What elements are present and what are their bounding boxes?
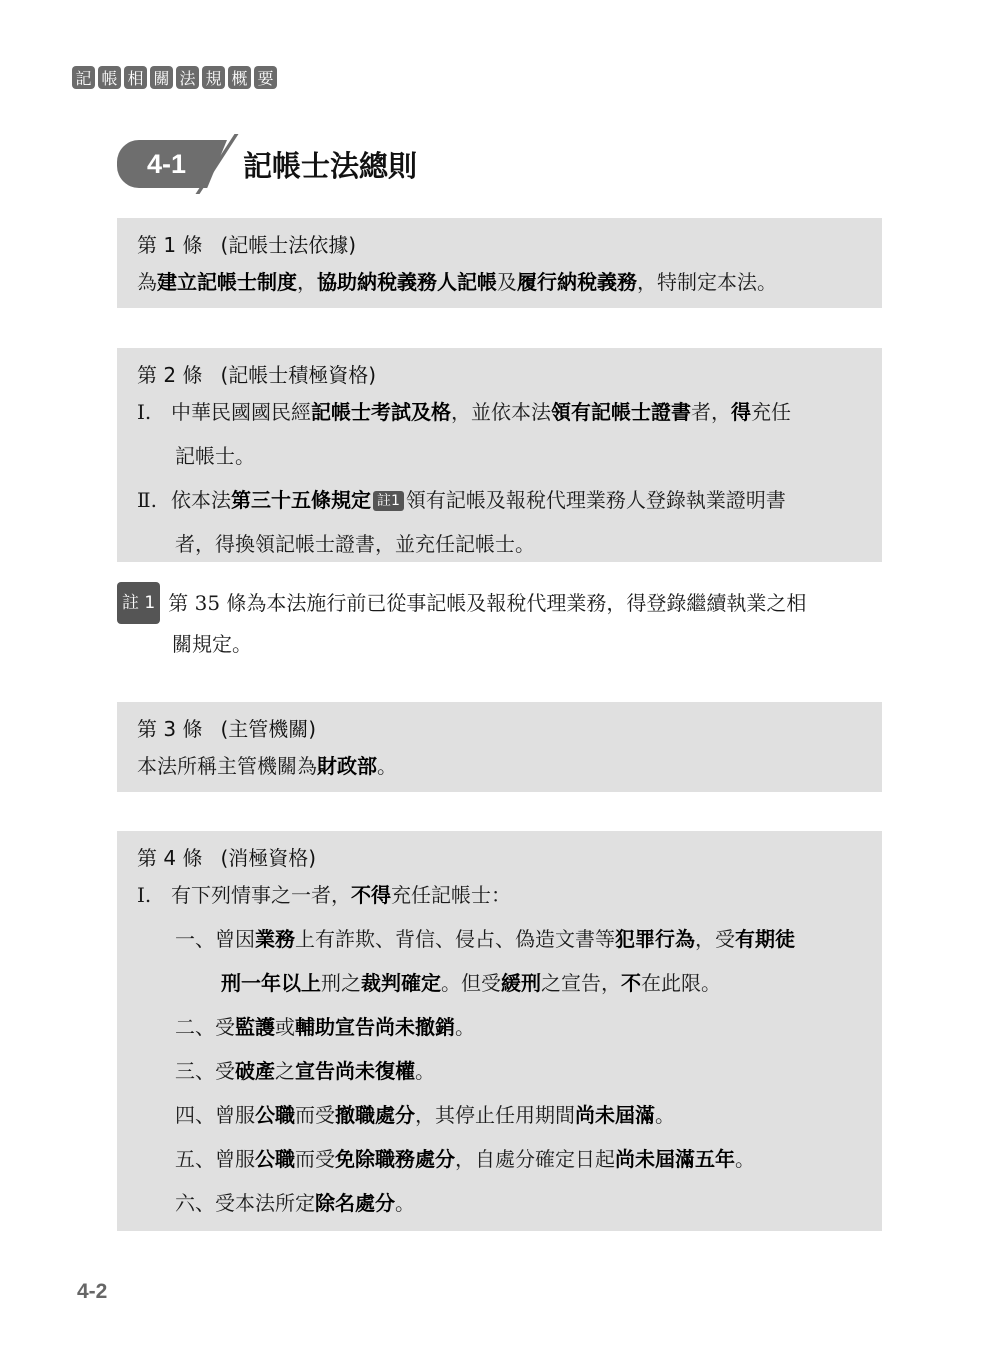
emphasis-text: 除名處分 (315, 1191, 395, 1215)
header-char-tile: 相 (124, 66, 147, 89)
subitem-marker: 五、 (175, 1147, 215, 1171)
emphasis-text: 領有記帳士證書 (551, 400, 691, 424)
item-marker: Ⅰ. (137, 873, 171, 917)
body-text: 者， (691, 400, 731, 424)
body-text: 。但受 (441, 971, 501, 995)
emphasis-text: 宣告尚未復權 (295, 1059, 415, 1083)
emphasis-text: 有期徒 (735, 927, 795, 951)
article-label: 第 3 條 (137, 717, 202, 741)
article-title: (記帳士積極資格) (220, 363, 376, 387)
body-text: 為 (137, 270, 157, 294)
section-heading: 4-1 記帳士法總則 (117, 138, 417, 190)
footnote-text: 第 35 條為本法施行前已從事記帳及報稅代理業務，得登錄繼續執業之相 (168, 591, 806, 615)
body-text: 。 (395, 1191, 415, 1215)
body-text: 之宣告， (541, 971, 621, 995)
article-label: 第 4 條 (137, 846, 202, 870)
header-char-tile: 規 (202, 66, 225, 89)
body-text: ，受 (695, 927, 735, 951)
emphasis-text: 業務 (255, 927, 295, 951)
text-line: 刑一年以上刑之裁判確定。但受緩刑之宣告，不在此限。 (137, 961, 862, 1005)
body-text: 有下列情事之一者， (171, 883, 351, 907)
emphasis-text: 尚未屆滿五年 (615, 1147, 735, 1171)
emphasis-text: 免除職務處分 (335, 1147, 455, 1171)
emphasis-text: 履行納稅義務 (517, 270, 637, 294)
body-text: 。 (655, 1103, 675, 1127)
body-text: 刑之 (321, 971, 361, 995)
text-line: Ⅰ.中華民國國民經記帳士考試及格，並依本法領有記帳士證書者，得充任 (137, 390, 862, 434)
text-line: 本法所稱主管機關為財政部。 (137, 744, 862, 788)
article-title: (消極資格) (220, 846, 316, 870)
body-text: 曾服 (215, 1103, 255, 1127)
subitem-marker: 四、 (175, 1103, 215, 1127)
body-text: 及 (497, 270, 517, 294)
item-marker: Ⅰ. (137, 390, 171, 434)
footnote-ref-tag: 註1 (373, 491, 404, 511)
text-line: Ⅱ.依本法第三十五條規定註1領有記帳及報稅代理業務人登錄執業證明書 (137, 478, 862, 522)
emphasis-text: 不 (621, 971, 641, 995)
article-label: 第 2 條 (137, 363, 202, 387)
article-heading: 第 1 條(記帳士法依據) (137, 230, 862, 260)
body-text: ，特制定本法。 (637, 270, 777, 294)
header-char-tile: 概 (228, 66, 251, 89)
emphasis-text: 得 (731, 400, 751, 424)
emphasis-text: 第三十五條規定 (231, 488, 371, 512)
body-text: 而受 (295, 1103, 335, 1127)
body-text: 充任 (751, 400, 791, 424)
emphasis-text: 尚未屆滿 (575, 1103, 655, 1127)
subitem-marker: 六、 (175, 1191, 215, 1215)
header-char-tile: 記 (72, 66, 95, 89)
emphasis-text: 緩刑 (501, 971, 541, 995)
body-text: 領有記帳及報稅代理業務人登錄執業證明書 (406, 488, 786, 512)
article-3-box: 第 3 條(主管機關) 本法所稱主管機關為財政部。 (117, 702, 882, 792)
subitem-marker: 二、 (175, 1015, 215, 1039)
header-char-tile: 關 (150, 66, 173, 89)
article-1-box: 第 1 條(記帳士法依據) 為建立記帳士制度，協助納稅義務人記帳及履行納稅義務，… (117, 218, 882, 308)
body-text: 曾服 (215, 1147, 255, 1171)
body-text: 。 (415, 1059, 435, 1083)
article-heading: 第 4 條(消極資格) (137, 843, 862, 873)
emphasis-text: 犯罪行為 (615, 927, 695, 951)
footnote-text: 關規定。 (117, 624, 887, 664)
emphasis-text: 撤職處分 (335, 1103, 415, 1127)
header-char-tile: 要 (254, 66, 277, 89)
body-text: 受本法所定 (215, 1191, 315, 1215)
article-2-box: 第 2 條(記帳士積極資格) Ⅰ.中華民國國民經記帳士考試及格，並依本法領有記帳… (117, 348, 882, 562)
footnote-tag: 註 1 (117, 582, 160, 624)
article-title: (記帳士法依據) (220, 233, 356, 257)
header-char-tile: 帳 (98, 66, 121, 89)
text-line: 四、曾服公職而受撤職處分，其停止任用期間尚未屆滿。 (137, 1093, 862, 1137)
text-line: Ⅰ.有下列情事之一者，不得充任記帳士： (137, 873, 862, 917)
article-title: (主管機關) (220, 717, 316, 741)
section-number-badge: 4-1 (117, 140, 227, 188)
body-text: 。 (377, 754, 397, 778)
emphasis-text: 刑一年以上 (221, 971, 321, 995)
text-line: 六、受本法所定除名處分。 (137, 1181, 862, 1225)
body-text: 之 (275, 1059, 295, 1083)
emphasis-text: 破產 (235, 1059, 275, 1083)
body-text: ，其停止任用期間 (415, 1103, 575, 1127)
body-text: 本法所稱主管機關為 (137, 754, 317, 778)
body-text: 曾因 (215, 927, 255, 951)
body-text: ， (297, 270, 317, 294)
article-4-box: 第 4 條(消極資格) Ⅰ.有下列情事之一者，不得充任記帳士：一、曾因業務上有詐… (117, 831, 882, 1231)
body-text: 。 (735, 1147, 755, 1171)
text-line: 三、受破產之宣告尚未復權。 (137, 1049, 862, 1093)
emphasis-text: 不得 (351, 883, 391, 907)
emphasis-text: 財政部 (317, 754, 377, 778)
text-line: 者，得換領記帳士證書，並充任記帳士。 (137, 522, 862, 566)
emphasis-text: 公職 (255, 1147, 295, 1171)
emphasis-text: 公職 (255, 1103, 295, 1127)
text-line: 記帳士。 (137, 434, 862, 478)
page-number: 4-2 (77, 1280, 107, 1304)
header-char-tile: 法 (176, 66, 199, 89)
text-line: 五、曾服公職而受免除職務處分，自處分確定日起尚未屆滿五年。 (137, 1137, 862, 1181)
subitem-marker: 一、 (175, 927, 215, 951)
article-body: Ⅰ.有下列情事之一者，不得充任記帳士：一、曾因業務上有詐欺、背信、侵占、偽造文書… (137, 873, 862, 1225)
book-title-header: 記帳相關法規概要 (72, 66, 277, 89)
emphasis-text: 裁判確定 (361, 971, 441, 995)
footnote: 註 1第 35 條為本法施行前已從事記帳及報稅代理業務，得登錄繼續執業之相 關規… (117, 582, 887, 664)
body-text: 而受 (295, 1147, 335, 1171)
emphasis-text: 記帳士考試及格 (311, 400, 451, 424)
body-text: 。 (455, 1015, 475, 1039)
text-line: 為建立記帳士制度，協助納稅義務人記帳及履行納稅義務，特制定本法。 (137, 260, 862, 304)
section-title: 記帳士法總則 (243, 144, 417, 185)
subitem-marker: 三、 (175, 1059, 215, 1083)
body-text: 受 (215, 1059, 235, 1083)
article-body: 本法所稱主管機關為財政部。 (137, 744, 862, 788)
article-label: 第 1 條 (137, 233, 202, 257)
body-text: ，自處分確定日起 (455, 1147, 615, 1171)
emphasis-text: 監護 (235, 1015, 275, 1039)
emphasis-text: 輔助宣告尚未撤銷 (295, 1015, 455, 1039)
body-text: 上有詐欺、背信、侵占、偽造文書等 (295, 927, 615, 951)
article-body: 為建立記帳士制度，協助納稅義務人記帳及履行納稅義務，特制定本法。 (137, 260, 862, 304)
body-text: 或 (275, 1015, 295, 1039)
body-text: 者，得換領記帳士證書，並充任記帳士。 (175, 532, 535, 556)
item-marker: Ⅱ. (137, 478, 171, 522)
body-text: 受 (215, 1015, 235, 1039)
text-line: 一、曾因業務上有詐欺、背信、侵占、偽造文書等犯罪行為，受有期徒 (137, 917, 862, 961)
article-heading: 第 3 條(主管機關) (137, 714, 862, 744)
body-text: 記帳士。 (175, 444, 255, 468)
text-line: 二、受監護或輔助宣告尚未撤銷。 (137, 1005, 862, 1049)
body-text: 充任記帳士： (391, 883, 511, 907)
body-text: ，並依本法 (451, 400, 551, 424)
body-text: 依本法 (171, 488, 231, 512)
body-text: 中華民國國民經 (171, 400, 311, 424)
emphasis-text: 協助納稅義務人記帳 (317, 270, 497, 294)
emphasis-text: 建立記帳士制度 (157, 270, 297, 294)
body-text: 在此限。 (641, 971, 721, 995)
article-body: Ⅰ.中華民國國民經記帳士考試及格，並依本法領有記帳士證書者，得充任記帳士。Ⅱ.依… (137, 390, 862, 566)
article-heading: 第 2 條(記帳士積極資格) (137, 360, 862, 390)
